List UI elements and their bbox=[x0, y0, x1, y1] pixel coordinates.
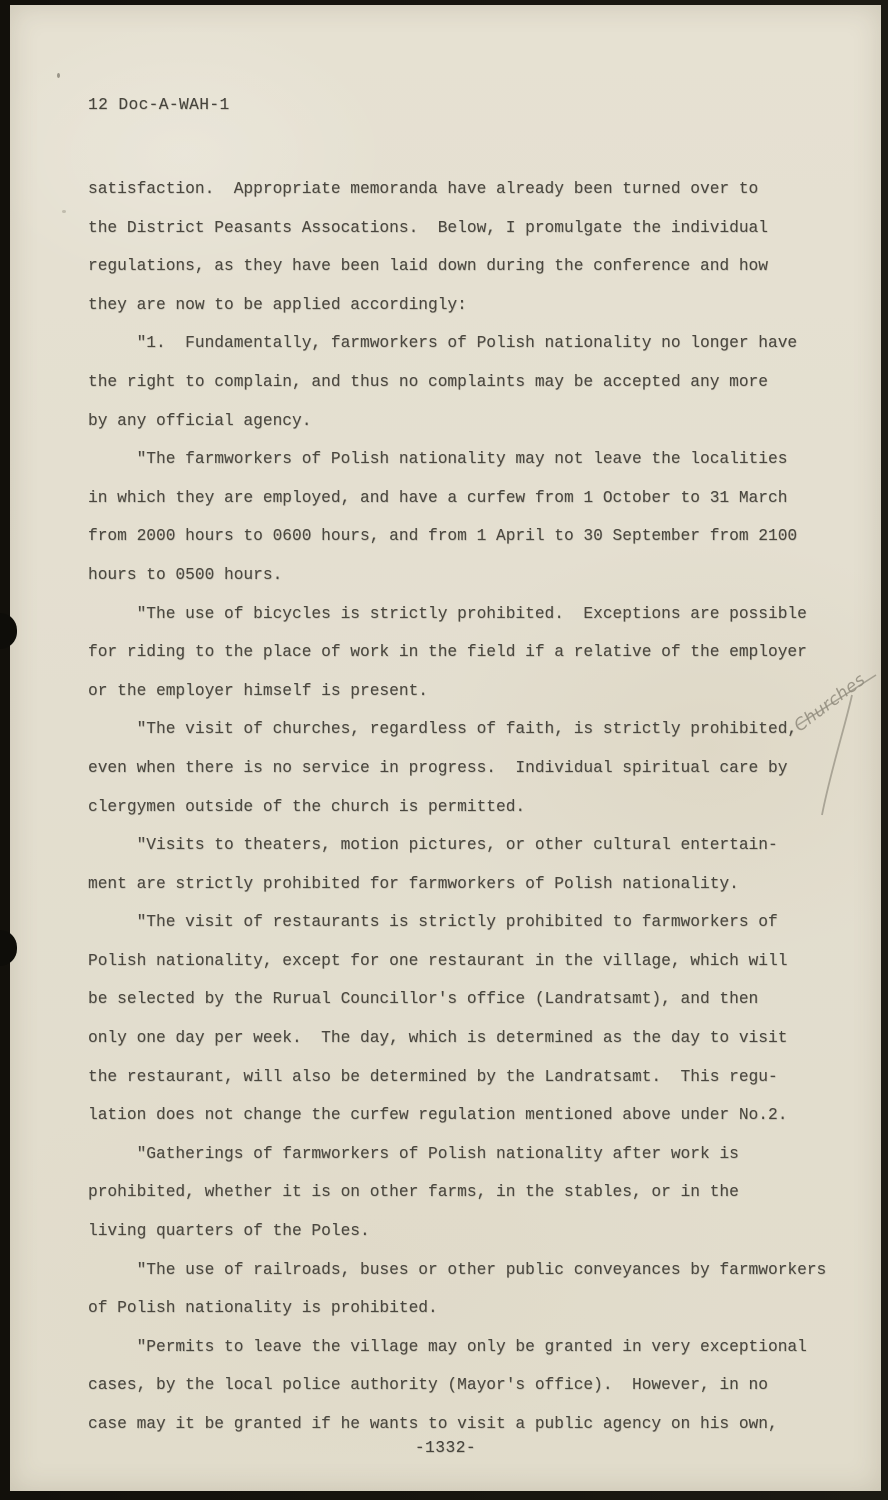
body-line: satisfaction. Appropriate memoranda have… bbox=[88, 170, 858, 209]
body-line: the District Peasants Assocations. Below… bbox=[88, 209, 858, 248]
body-line: only one day per week. The day, which is… bbox=[88, 1019, 858, 1058]
body-line: "The use of railroads, buses or other pu… bbox=[88, 1251, 858, 1290]
body-line: "1. Fundamentally, farmworkers of Polish… bbox=[88, 324, 858, 363]
body-line: "Gatherings of farmworkers of Polish nat… bbox=[88, 1135, 858, 1174]
body-line: "The farmworkers of Polish nationality m… bbox=[88, 440, 858, 479]
body-line: prohibited, whether it is on other farms… bbox=[88, 1173, 858, 1212]
paper-sheet: 12 Doc-A-WAH-1 satisfaction. Appropriate… bbox=[10, 5, 881, 1491]
paper-speck bbox=[57, 73, 60, 78]
body-line: the restaurant, will also be determined … bbox=[88, 1058, 858, 1097]
body-line: be selected by the Rurual Councillor's o… bbox=[88, 980, 858, 1019]
body-line: cases, by the local police authority (Ma… bbox=[88, 1366, 858, 1405]
body-line: by any official agency. bbox=[88, 402, 858, 441]
body-line: lation does not change the curfew regula… bbox=[88, 1096, 858, 1135]
paper-speck bbox=[62, 210, 66, 213]
body-line: ment are strictly prohibited for farmwor… bbox=[88, 865, 858, 904]
body-line: even when there is no service in progres… bbox=[88, 749, 858, 788]
body-line: or the employer himself is present. bbox=[88, 672, 858, 711]
body-line: living quarters of the Poles. bbox=[88, 1212, 858, 1251]
body-line: "The use of bicycles is strictly prohibi… bbox=[88, 595, 858, 634]
body-line: the right to complain, and thus no compl… bbox=[88, 363, 858, 402]
scanned-page: 12 Doc-A-WAH-1 satisfaction. Appropriate… bbox=[0, 0, 888, 1500]
body-line: case may it be granted if he wants to vi… bbox=[88, 1405, 858, 1444]
document-reference-header: 12 Doc-A-WAH-1 bbox=[88, 96, 230, 114]
document-body: satisfaction. Appropriate memoranda have… bbox=[88, 170, 858, 1444]
body-line: of Polish nationality is prohibited. bbox=[88, 1289, 858, 1328]
page-number: -1332- bbox=[10, 1439, 881, 1457]
body-line: from 2000 hours to 0600 hours, and from … bbox=[88, 517, 858, 556]
body-line: "The visit of restaurants is strictly pr… bbox=[88, 903, 858, 942]
body-line: they are now to be applied accordingly: bbox=[88, 286, 858, 325]
body-line: for riding to the place of work in the f… bbox=[88, 633, 858, 672]
body-line: in which they are employed, and have a c… bbox=[88, 479, 858, 518]
body-line: hours to 0500 hours. bbox=[88, 556, 858, 595]
body-line: "Permits to leave the village may only b… bbox=[88, 1328, 858, 1367]
body-line: clergymen outside of the church is permi… bbox=[88, 788, 858, 827]
body-line: Polish nationality, except for one resta… bbox=[88, 942, 858, 981]
body-line: "The visit of churches, regardless of fa… bbox=[88, 710, 858, 749]
body-line: regulations, as they have been laid down… bbox=[88, 247, 858, 286]
body-line: "Visits to theaters, motion pictures, or… bbox=[88, 826, 858, 865]
